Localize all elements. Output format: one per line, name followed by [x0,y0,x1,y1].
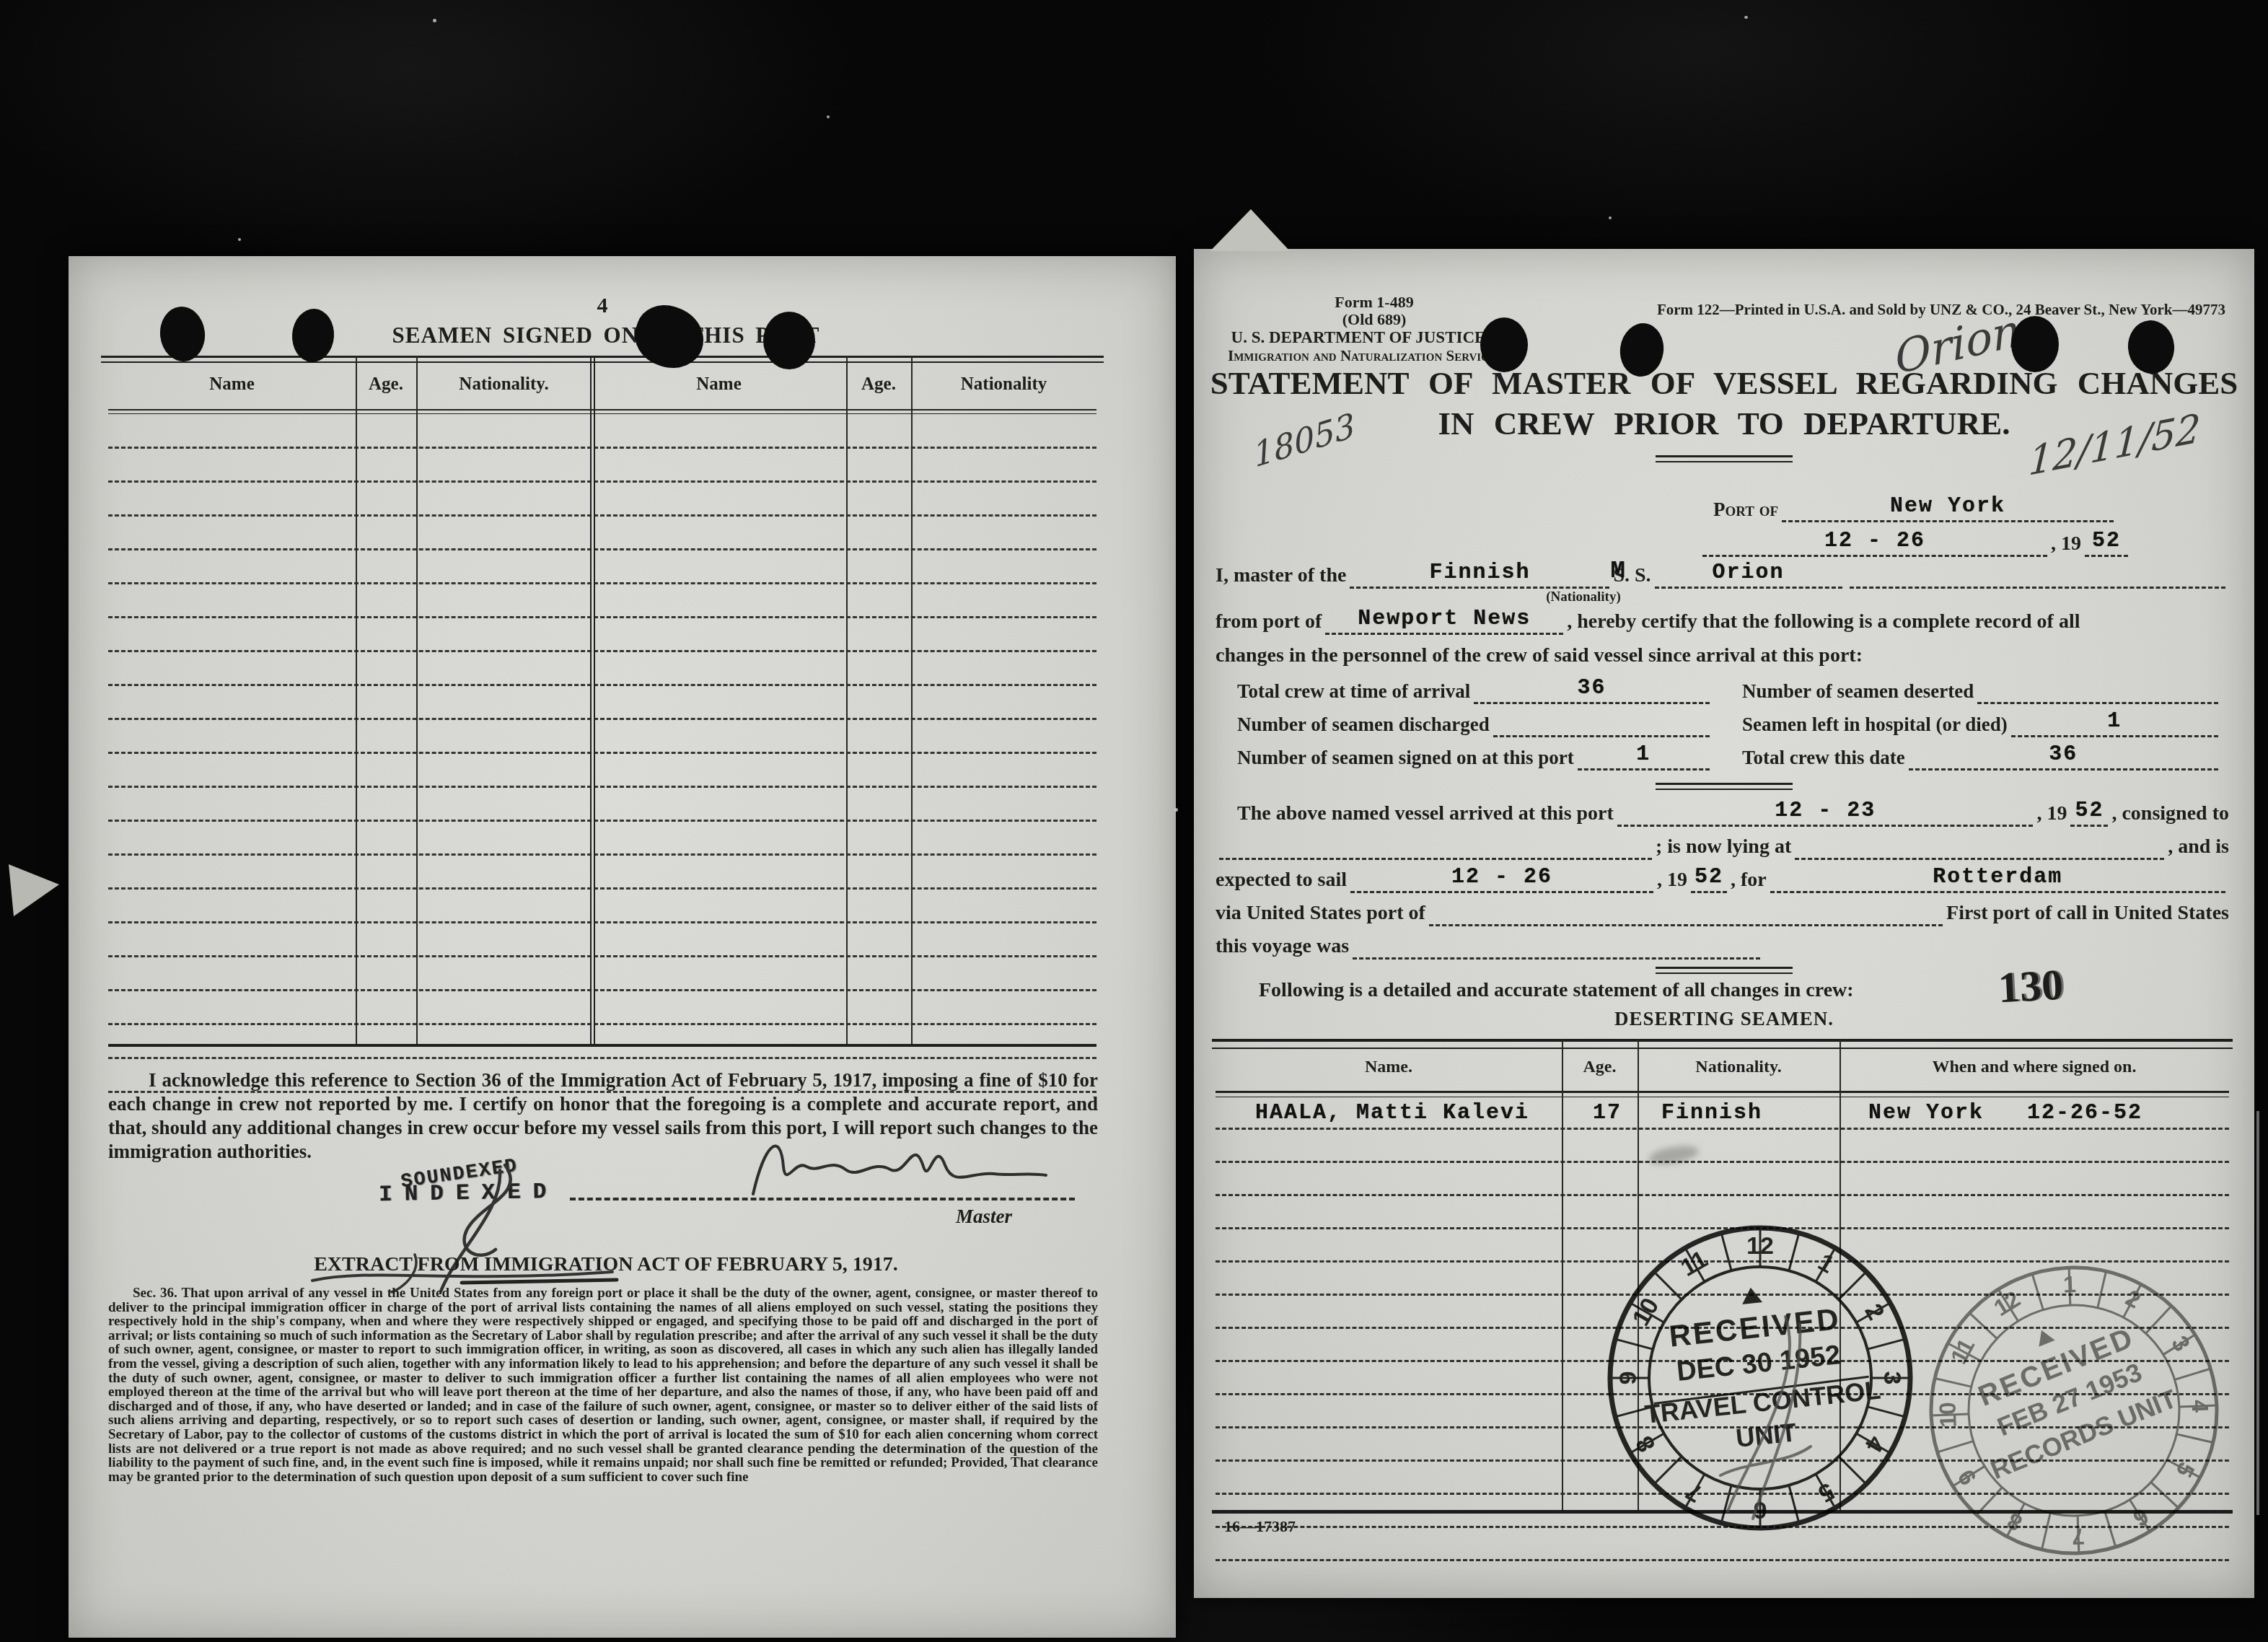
section-rule [1656,783,1793,790]
voyage-line: this voyage was [1216,931,1764,960]
title-rule [1656,455,1793,462]
svg-text:12: 12 [1746,1232,1774,1260]
table-top-rule [1212,1039,2233,1049]
date-field[interactable]: 12 - 26 [1702,529,2047,557]
svg-text:4: 4 [2187,1399,2214,1413]
sail-date-field[interactable]: 12 - 26 [1350,865,1653,893]
col-header-name: Name [108,374,356,395]
svg-text:8: 8 [1630,1431,1661,1457]
via-line: via United States port of First port of … [1216,898,2229,926]
empty-table-row [108,720,1096,754]
master-signature [743,1122,1060,1216]
empty-table-row [108,890,1096,923]
empty-table-row [1216,1130,2229,1163]
stat-field[interactable]: 1 [2011,709,2218,737]
year-field[interactable]: 52 [2085,529,2128,557]
section-rule-2 [1656,967,1793,974]
form-number-line1: Form 1-489 [1280,294,1468,311]
svg-text:1: 1 [2062,1271,2076,1298]
row-signed-on: New York 12-26-52 [1868,1101,2142,1125]
col-line [356,356,357,1047]
empty-table-row [108,415,1096,449]
empty-table-row [108,822,1096,856]
col-header-age: Age. [356,374,416,395]
empty-table-row [108,686,1096,720]
vessel-name-field[interactable]: Orion [1655,561,1842,589]
empty-table-row [108,550,1096,584]
lying-at-field[interactable] [1795,832,2164,860]
year-prefix: , 19 [2051,531,2081,557]
stat-label: Number of seamen discharged [1237,711,1490,737]
svg-text:9: 9 [1614,1371,1642,1385]
stat-field[interactable]: 36 [1909,742,2218,770]
row-age: 17 [1575,1101,1640,1125]
stat-signed-on: Number of seamen signed on at this port … [1237,742,1713,770]
stat-hospital: Seamen left in hospital (or died) 1 [1742,709,2222,737]
empty-table-row [108,652,1096,686]
empty-table-row [108,856,1096,890]
row-nationality: Finnish [1661,1101,1762,1125]
sail-year-field[interactable]: 52 [1691,865,1727,893]
signature-line [570,1198,1075,1200]
stat-field[interactable] [1493,709,1710,737]
stat-label: Number of seamen signed on at this port [1237,745,1574,770]
stat-total-arrival: Total crew at time of arrival 36 [1237,676,1713,704]
port-label: Port of [1713,496,1778,522]
empty-table-row [108,618,1096,652]
empty-table-row [108,788,1096,822]
via-port-field[interactable] [1429,898,1943,926]
stat-label: Total crew at time of arrival [1237,678,1470,704]
stat-field[interactable]: 36 [1474,676,1710,704]
svg-text:7: 7 [2072,1524,2085,1550]
corner-fold [1203,209,1290,251]
col-line [1562,1039,1563,1514]
center-line [590,356,595,1047]
via-prefix: via United States port of [1216,900,1425,926]
destination-field[interactable]: Rotterdam [1770,865,2225,893]
stat-label: Total crew this date [1742,745,1905,770]
lying-line: ; is now lying at , and is [1216,832,2229,860]
nationality-field[interactable]: Finnish [1350,561,1609,589]
pencil-scribble [1677,1295,1865,1533]
sail-line: expected to sail 12 - 26 , 19 52 , for R… [1216,865,2229,893]
form-number: Form 1-489 (Old 689) [1280,294,1468,328]
via-suffix: First port of call in United States [1946,900,2229,926]
stat-field[interactable] [1977,676,2218,704]
svg-text:9: 9 [1953,1465,1982,1490]
punch-hole [2011,316,2059,372]
right-page: Form 1-489 (Old 689) U. S. DEPARTMENT OF… [1194,249,2254,1598]
svg-text:2: 2 [2122,1284,2145,1313]
following-line: Following is a detailed and accurate sta… [1259,979,1854,1002]
col-header-age: Age. [1562,1058,1638,1077]
lying-suffix: , and is [2168,834,2229,860]
sail-year-prefix: , 19 [1657,867,1687,893]
empty-table-row [108,1025,1096,1059]
printer-line: Form 122—Printed in U.S.A. and Sold by U… [1656,301,2225,319]
page-number: 4 [573,294,631,318]
arrival-year-field[interactable]: 52 [2070,799,2108,827]
stat-discharged: Number of seamen discharged [1237,709,1713,737]
stat-deserted: Number of seamen deserted [1742,676,2222,704]
left-page-title: SEAMEN SIGNED ON AT THIS PORT [69,322,1143,348]
service-name: Immigration and Naturalization Service [1207,347,1517,365]
vessel-name-extension [1850,561,2225,589]
col-header-name-2: Name [592,374,846,395]
consignee-field[interactable] [1219,832,1652,860]
sec36-paragraph: Sec. 36. That upon arrival of any vessel… [108,1286,1098,1484]
department-name: U. S. DEPARTMENT OF JUSTICE [1207,328,1510,347]
nationality-caption: (Nationality) [1461,589,1706,605]
svg-text:3: 3 [2166,1331,2195,1356]
deserting-seamen-heading: DESERTING SEAMEN. [1194,1008,2254,1030]
empty-table-row [108,584,1096,618]
left-page: 4 SEAMEN SIGNED ON AT THIS PORT Name Age… [69,256,1176,1638]
form-number-line2: (Old 689) [1280,311,1468,328]
empty-table-row [108,449,1096,483]
col-line [416,356,418,1047]
arrival-prefix: The above named vessel arrived at this p… [1237,801,1614,827]
svg-text:6: 6 [2129,1503,2153,1532]
from-port-field[interactable]: Newport News [1325,607,1563,635]
gpo-footer-code: 16—17387 [1224,1517,1296,1536]
empty-table-row [108,957,1096,991]
lying-mid: ; is now lying at [1656,834,1791,860]
col-line [911,356,913,1047]
voyage-label: this voyage was [1216,934,1349,960]
certify-text: , hereby certify that the following is a… [1567,609,2080,635]
sail-prefix: expected to sail [1216,867,1347,893]
table-bottom-rule [108,1044,1096,1047]
svg-text:10: 10 [1934,1402,1961,1428]
punch-hole [1480,317,1528,372]
svg-text:1: 1 [1814,1248,1839,1278]
stamp-arrow-icon [2034,1327,2055,1347]
arrival-date-field[interactable]: 12 - 23 [1617,799,2034,827]
stat-field[interactable]: 1 [1578,742,1710,770]
col-line [846,356,848,1047]
svg-text:8: 8 [2003,1507,2027,1536]
sail-for: , for [1731,867,1767,893]
arrival-year-prefix: , 19 [2036,801,2067,827]
col-header-name: Name. [1216,1058,1562,1077]
col-header-age-2: Age. [846,374,911,395]
empty-table-row [108,517,1096,550]
from-port-label: from port of [1216,609,1322,635]
seamen-signed-on-table: Name Age. Nationality. Name Age. Nationa… [108,356,1096,1047]
from-port-line: from port of Newport News , hereby certi… [1216,607,2229,635]
ink-blob [763,312,815,369]
svg-text:5: 5 [2171,1458,2199,1482]
form-title-line1: STATEMENT OF MASTER OF VESSEL REGARDING … [1194,364,2254,402]
empty-table-row [108,923,1096,957]
port-field[interactable]: New York [1782,494,2114,522]
empty-table-row [108,991,1096,1025]
stat-label: Seamen left in hospital (or died) [1742,711,2008,737]
master-line: I, master of the Finnish S. S. M Orion [1216,561,2229,589]
empty-table-row [108,483,1096,517]
master-line-prefix: I, master of the [1216,563,1346,589]
stamped-number-130: 130 [1997,960,2064,1014]
arrival-suffix: , consigned to [2111,801,2229,827]
first-port-field[interactable] [1353,931,1760,960]
col-header-signed-on: When and where signed on. [1840,1058,2229,1077]
col-header-nationality: Nationality. [1638,1058,1840,1077]
ship-type-overstrike: M [1610,558,1626,584]
stat-total-today: Total crew this date 36 [1742,742,2222,770]
edge-tear [9,859,59,916]
port-line: Port of New York [1713,494,2117,522]
header-rule [108,409,1096,414]
arrival-line: The above named vessel arrived at this p… [1237,799,2229,827]
page-edge-sliver [2256,1111,2259,1515]
empty-table-row [1216,1163,2229,1196]
scanned-document: 4 SEAMEN SIGNED ON AT THIS PORT Name Age… [0,0,2268,1642]
col-header-nationality: Nationality. [416,374,592,395]
master-label: Master [956,1206,1012,1228]
empty-rows [108,415,1096,1093]
row-name: HAALA, Matti Kalevi [1255,1101,1529,1125]
empty-table-row [108,754,1096,788]
changes-line: changes in the personnel of the crew of … [1216,644,1863,667]
table-top-rule [101,356,1104,363]
stat-label: Number of seamen deserted [1742,678,1974,704]
date-line: 12 - 26 , 19 52 [1699,529,2132,557]
col-header-nationality-2: Nationality [911,374,1096,395]
ship-prefix: S. S. M [1613,563,1651,589]
